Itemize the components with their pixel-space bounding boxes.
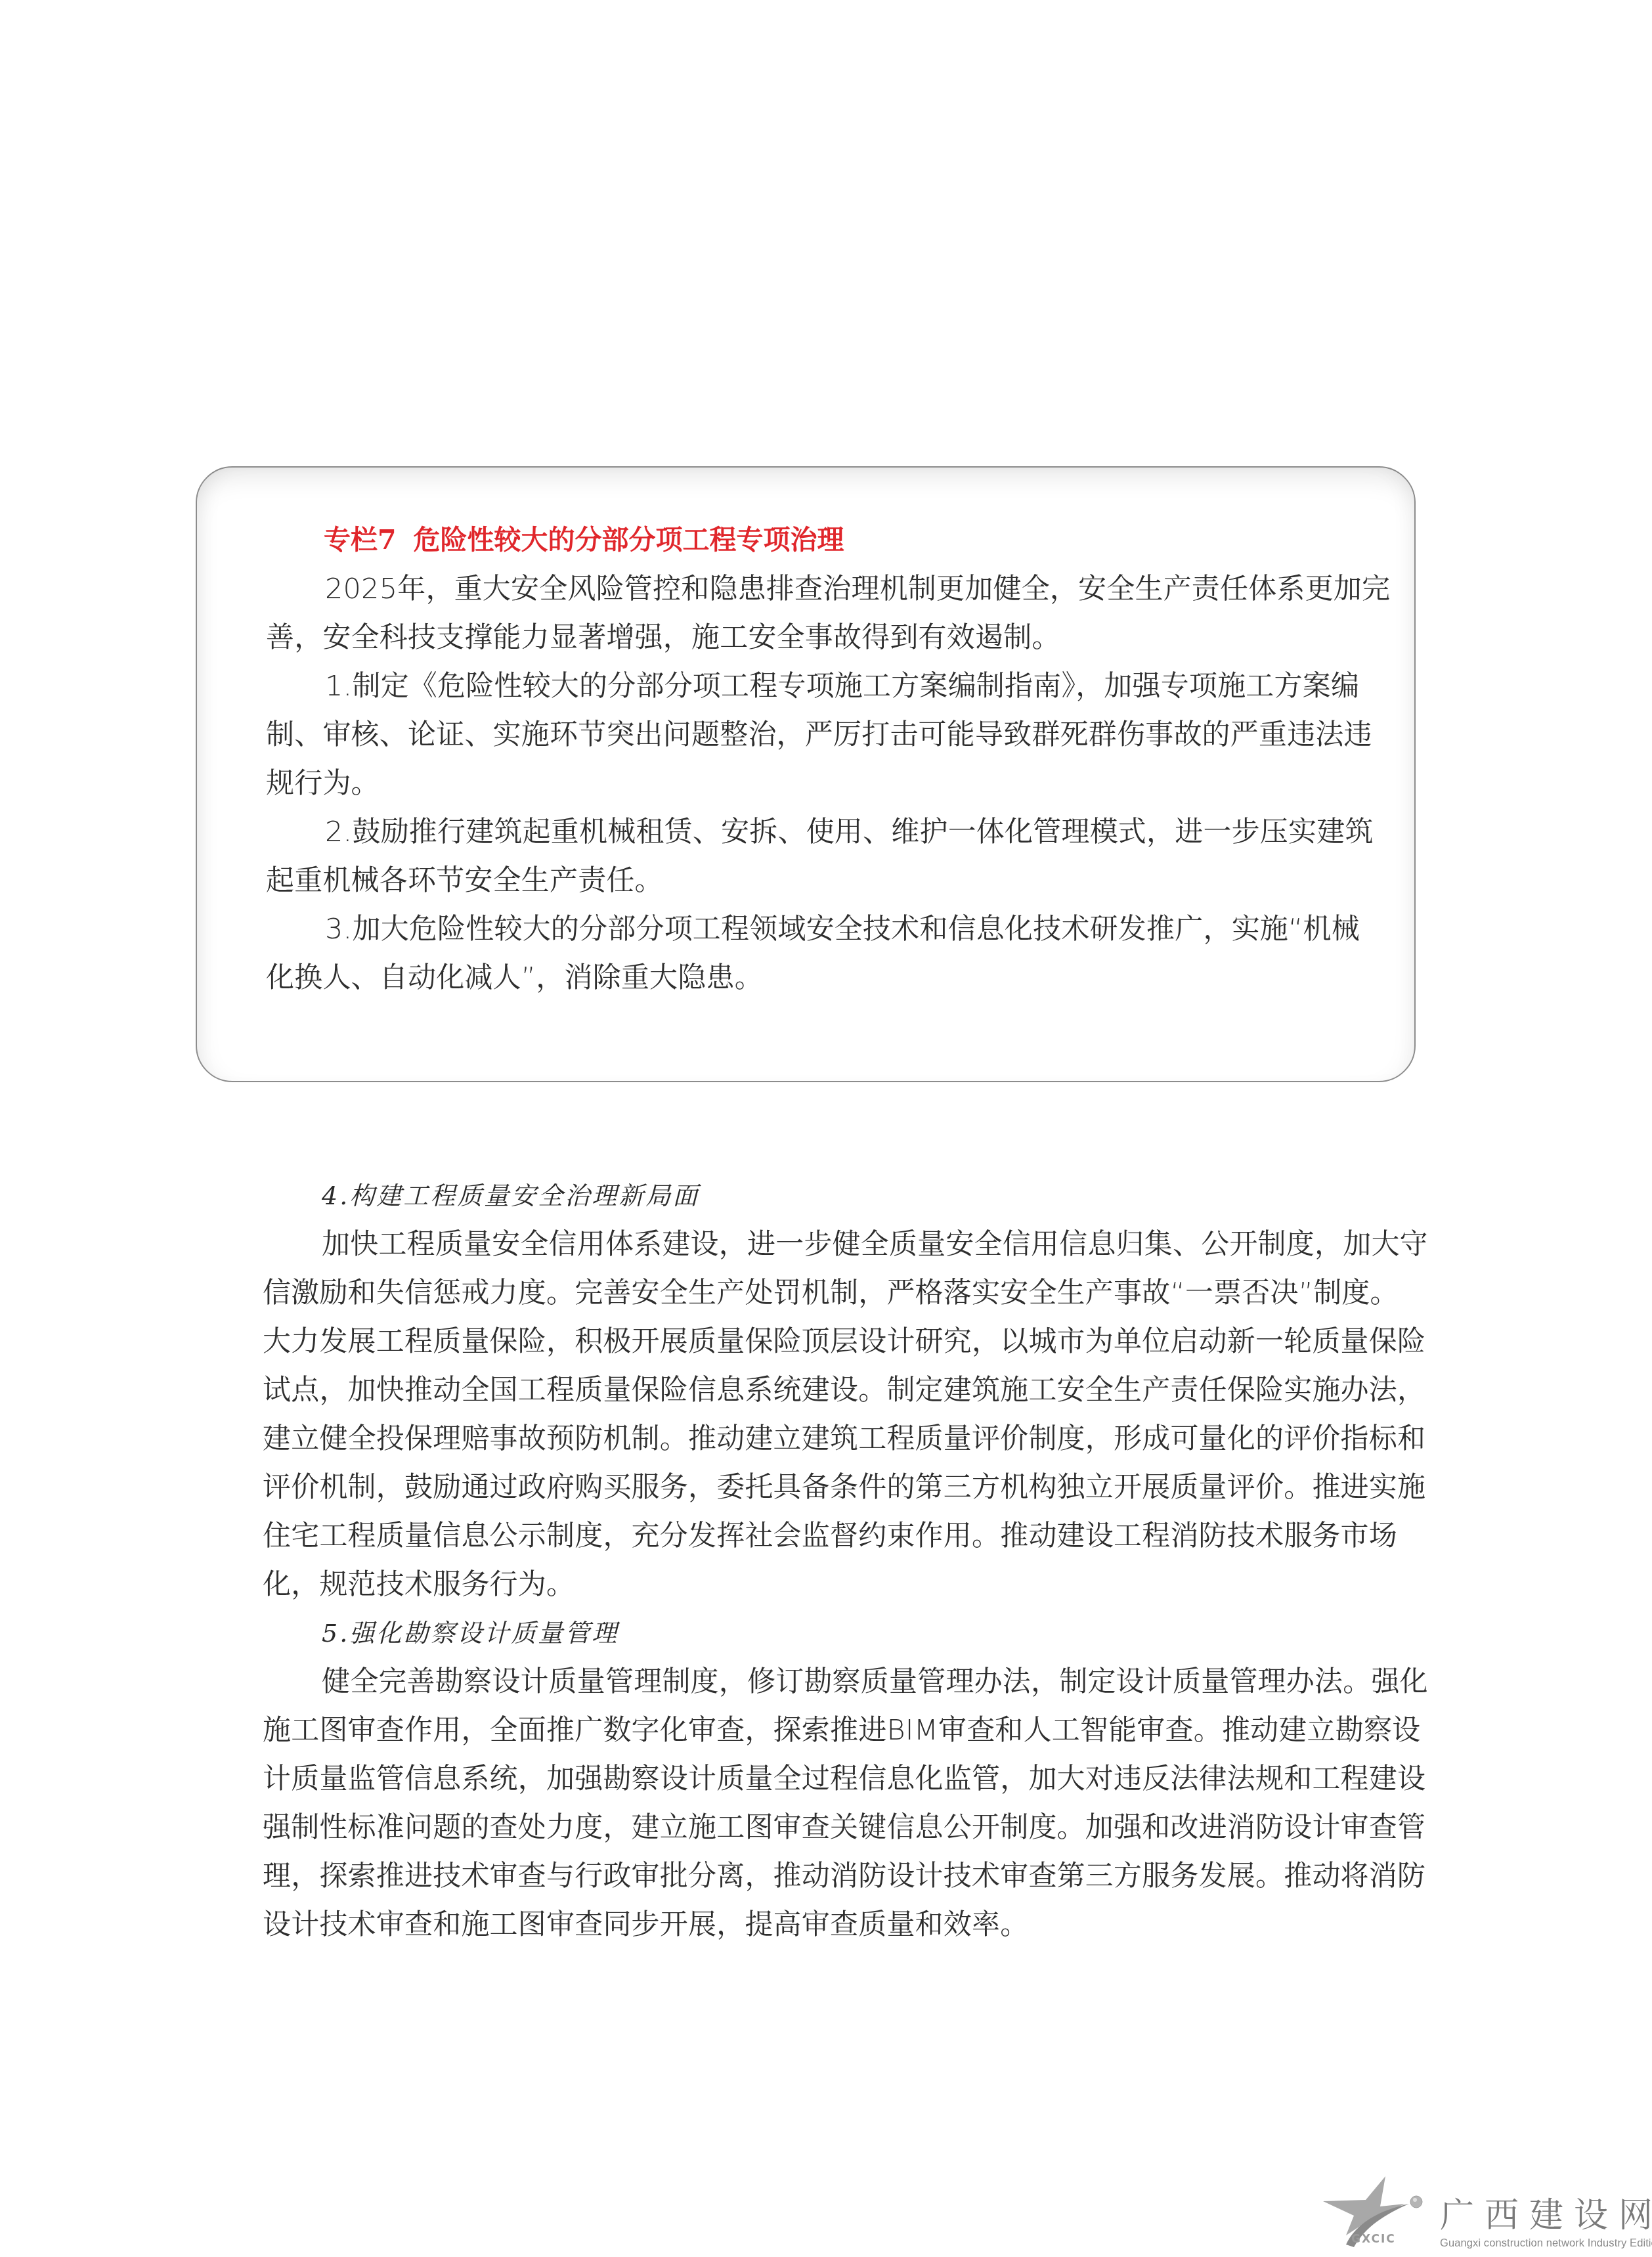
paragraph-line: 起重机械各环节安全生产责任。 <box>266 856 1359 905</box>
paragraph-line: 加快工程质量安全信用体系建设，进一步健全质量安全信用信息归集、公开制度，加大守 <box>263 1220 1389 1269</box>
paragraph-line: 评价机制，鼓励通过政府购买服务，委托具备条件的第三方机构独立开展质量评价。推进实… <box>263 1463 1389 1512</box>
paragraph-line: 理，探索推进技术审查与行政审批分离，推动消防设计技术审查第三方服务发展。推动将消… <box>263 1852 1389 1900</box>
paragraph-line: 大力发展工程质量保险，积极开展质量保险顶层设计研究，以城市为单位启动新一轮质量保… <box>263 1317 1389 1366</box>
paragraph-line: 强制性标准问题的查处力度，建立施工图审查关键信息公开制度。加强和改进消防设计审查… <box>263 1803 1389 1852</box>
watermark-logo-text: GXCIC <box>1351 2233 1396 2246</box>
paragraph-line: 计质量监管信息系统，加强勘察设计质量全过程信息化监管，加大对违反法律法规和工程建… <box>263 1755 1389 1803</box>
paragraph-line: 试点，加快推动全国工程质量保险信息系统建设。制定建筑施工安全生产责任保险实施办法… <box>263 1366 1389 1414</box>
section-heading-5: 5.强化勘察设计质量管理 <box>263 1609 1389 1657</box>
paragraph-line: 规行为。 <box>266 759 1359 808</box>
paragraph-line: 化换人、自动化减人”，消除重大隐患。 <box>266 953 1359 1002</box>
paragraph-line: 健全完善勘察设计质量管理制度，修订勘察质量管理办法，制定设计质量管理办法。强化 <box>263 1657 1389 1706</box>
watermark-name-cn: 广西建设网 <box>1440 2196 1652 2235</box>
paragraph-line: 2.鼓励推行建筑起重机械租赁、安拆、使用、维护一体化管理模式，进一步压实建筑 <box>266 808 1359 856</box>
watermark-name-en: Guangxi construction network Industry Ed… <box>1440 2237 1652 2250</box>
watermark-guangxi-construction-network: GXCIC 广西建设网 Guangxi construction network… <box>1320 2167 1652 2257</box>
section-heading-4: 4.构建工程质量安全治理新局面 <box>263 1172 1389 1220</box>
paragraph-line: 化，规范技术服务行为。 <box>263 1560 1389 1609</box>
paragraph-line: 设计技术审查和施工图审查同步开展，提高审查质量和效率。 <box>263 1900 1389 1949</box>
paragraph-line: 3.加大危险性较大的分部分项工程领域安全技术和信息化技术研发推广，实施“机械 <box>266 905 1359 953</box>
body-text: 4.构建工程质量安全治理新局面 加快工程质量安全信用体系建设，进一步健全质量安全… <box>263 1172 1389 1949</box>
paragraph-line: 制、审核、论证、实施环节突出问题整治，严厉打击可能导致群死群伤事故的严重违法违 <box>266 711 1359 759</box>
paragraph-line: 1.制定《危险性较大的分部分项工程专项施工方案编制指南》，加强专项施工方案编 <box>266 662 1359 711</box>
paragraph-line: 住宅工程质量信息公示制度，充分发挥社会监督约束作用。推动建设工程消防技术服务市场 <box>263 1512 1389 1560</box>
feature-box-title: 专栏7危险性较大的分部分项工程专项治理 <box>324 520 844 559</box>
feature-box-title-prefix: 专栏7 <box>324 524 397 556</box>
paragraph-line: 2025年，重大安全风险管控和隐患排查治理机制更加健全，安全生产责任体系更加完 <box>266 565 1359 613</box>
paragraph-line: 施工图审查作用，全面推广数字化审查，探索推进BIM审查和人工智能审查。推动建立勘… <box>263 1706 1389 1755</box>
paragraph-line: 建立健全投保理赔事故预防机制。推动建立建筑工程质量评价制度，形成可量化的评价指标… <box>263 1414 1389 1463</box>
feature-box-body: 2025年，重大安全风险管控和隐患排查治理机制更加健全，安全生产责任体系更加完 … <box>266 565 1359 1002</box>
paragraph-line: 信激励和失信惩戒力度。完善安全生产处罚机制，严格落实安全生产事故“一票否决”制度… <box>263 1269 1389 1317</box>
paragraph-line: 善，安全科技支撑能力显著增强，施工安全事故得到有效遏制。 <box>266 613 1359 662</box>
document-page: 专栏7危险性较大的分部分项工程专项治理 2025年，重大安全风险管控和隐患排查治… <box>0 0 1652 2257</box>
feature-box-title-text: 危险性较大的分部分项工程专项治理 <box>414 524 844 556</box>
